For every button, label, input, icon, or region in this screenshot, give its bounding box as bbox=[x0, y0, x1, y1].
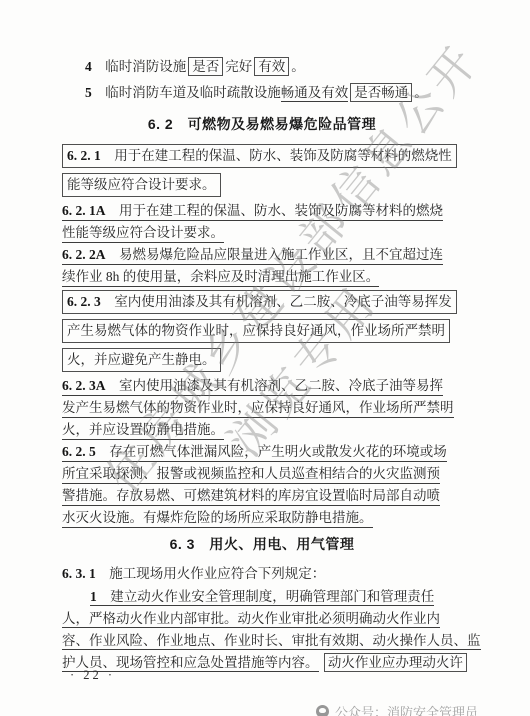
text-line: 续作业 8h 的使用量，余料应及时清理出施工作业区。 bbox=[62, 266, 462, 288]
text-line: 容、作业风险、作业地点、作业时长、审批有效期、动火操作人员、监 bbox=[62, 630, 462, 652]
text-line: 人，严格动火作业内部审批。动火作业审批必须明确动火作业内 bbox=[62, 608, 462, 630]
text-line: 6. 2. 1 用于在建工程的保温、防水、装饰及防腐等材料的燃烧性 bbox=[62, 142, 462, 171]
text-line: 6. 2. 2A 易燃易爆危险品应限量进入施工作业区，且不宜超过连 bbox=[62, 244, 462, 266]
clause-6-2-2A: 6. 2. 2A 易燃易爆危险品应限量进入施工作业区，且不宜超过连续作业 8h … bbox=[62, 244, 462, 288]
footer-stamp: 公众号：消防安全管理员 bbox=[316, 702, 478, 716]
heading-6-2: 6. 2 可燃物及易燃易爆危险品管理 bbox=[62, 114, 462, 134]
clause-6-2-1A: 6. 2. 1A 用于在建工程的保温、防水、装饰及防腐等材料的燃烧性能等级应符合… bbox=[62, 200, 462, 244]
clause-6-2-3A: 6. 2. 3A 室内使用油漆及其有机溶剂、乙二胺、冷底子油等易挥发产生易燃气体… bbox=[62, 375, 462, 441]
text-line: 6. 3. 1 施工现场用火作业应符合下列规定： bbox=[62, 562, 462, 586]
page-number: · 22 · bbox=[70, 668, 115, 683]
text-line: 6. 2. 1A 用于在建工程的保温、防水、装饰及防腐等材料的燃烧 bbox=[62, 200, 462, 222]
footer-account-label: 公众号：消防安全管理员 bbox=[335, 702, 478, 716]
clause-6-3-1-item-1: 1 建立动火作业安全管理制度，明确管理部门和管理责任人，严格动火作业内部审批。动… bbox=[62, 586, 462, 674]
document-page: 住房城乡建设部信息公开 浏览专用 4 临时消防设施是否完好有效。5 临时消防车道… bbox=[0, 0, 530, 716]
text-line: 1 建立动火作业安全管理制度，明确管理部门和管理责任 bbox=[62, 586, 462, 608]
clause-6-2-5: 6. 2. 5 存在可燃气体泄漏风险，产生明火或散发火花的环境或场所宜采取探测、… bbox=[62, 441, 462, 529]
text-line: 产生易燃气体的物资作业时，应保持良好通风，作业场所严禁明 bbox=[62, 317, 462, 346]
text-line: 能等级应符合设计要求。 bbox=[62, 171, 462, 200]
text-line: 水灭火设施。有爆炸危险的场所应采取防静电措施。 bbox=[62, 507, 462, 529]
text-line: 发产生易燃气体的物资作业时，应保持良好通风，作业场所严禁明 bbox=[62, 397, 462, 419]
text-line: 火，并应设置防静电措施。 bbox=[62, 419, 462, 441]
clause-6-3-1: 6. 3. 1 施工现场用火作业应符合下列规定： bbox=[62, 562, 462, 586]
checklist-item-5: 5 临时消防车道及临时疏散设施畅通及有效是否畅通。 bbox=[62, 80, 462, 106]
text-line: 4 临时消防设施是否完好有效。 bbox=[62, 54, 462, 80]
clause-6-2-3: 6. 2. 3 室内使用油漆及其有机溶剂、乙二胺、冷底子油等易挥发产生易燃气体的… bbox=[62, 288, 462, 375]
text-line: 火，并应避免产生静电。 bbox=[62, 346, 462, 375]
heading-6-3: 6. 3 用火、用电、用气管理 bbox=[62, 534, 462, 554]
text-line: 5 临时消防车道及临时疏散设施畅通及有效是否畅通。 bbox=[62, 80, 462, 106]
clause-6-2-1: 6. 2. 1 用于在建工程的保温、防水、装饰及防腐等材料的燃烧性能等级应符合设… bbox=[62, 142, 462, 200]
text-line: 6. 2. 3A 室内使用油漆及其有机溶剂、乙二胺、冷底子油等易挥 bbox=[62, 375, 462, 397]
text-line: 护人员、现场管控和应急处置措施等内容。 动火作业应办理动火许 bbox=[62, 652, 462, 674]
wechat-icon bbox=[316, 705, 329, 716]
text-line: 6. 2. 3 室内使用油漆及其有机溶剂、乙二胺、冷底子油等易挥发 bbox=[62, 288, 462, 317]
text-line: 6. 2. 5 存在可燃气体泄漏风险，产生明火或散发火花的环境或场 bbox=[62, 441, 462, 463]
text-line: 警措施。存放易燃、可燃建筑材料的库房宜设置临时局部自动喷 bbox=[62, 485, 462, 507]
checklist-item-4: 4 临时消防设施是否完好有效。 bbox=[62, 54, 462, 80]
text-line: 所宜采取探测、报警或视频监控和人员巡查相结合的火灾监测预 bbox=[62, 463, 462, 485]
text-line: 性能等级应符合设计要求。 bbox=[62, 222, 462, 244]
document-content: 4 临时消防设施是否完好有效。5 临时消防车道及临时疏散设施畅通及有效是否畅通。… bbox=[62, 54, 462, 674]
